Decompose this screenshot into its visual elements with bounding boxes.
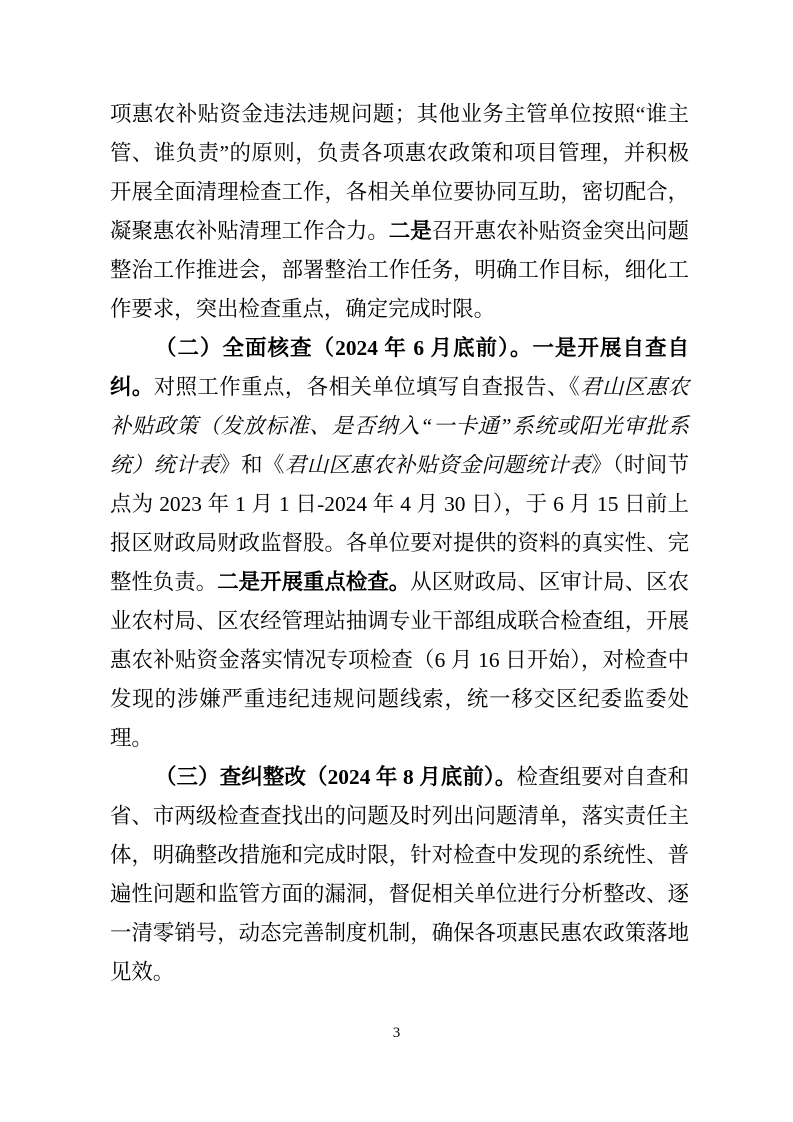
text-run-normal: 》和《 [219, 453, 285, 477]
document-page: 项惠农补贴资金违法违规问题；其他业务主管单位按照“谁主管、谁负责”的原则，负责各… [0, 0, 793, 1122]
text-run-normal: 从区财政局、区审计局、区农业农村局、区农经管理站抽调专业干部组成联合检查组，开展… [110, 570, 689, 750]
paragraph: （二）全面核查（2024 年 6 月底前）。一是开展自查自纠。对照工作重点，各相… [110, 329, 689, 758]
paragraph: 项惠农补贴资金违法违规问题；其他业务主管单位按照“谁主管、谁负责”的原则，负责各… [110, 95, 689, 329]
text-run-normal: 检查组要对自查和省、市两级检查查找出的问题及时列出问题清单，落实责任主体，明确整… [110, 765, 689, 984]
document-body: 项惠农补贴资金违法违规问题；其他业务主管单位按照“谁主管、谁负责”的原则，负责各… [110, 95, 689, 992]
text-run-normal: 对照工作重点，各相关单位填写自查报告、《 [154, 375, 580, 399]
text-run-bold: 二是开展重点检查。 [217, 570, 410, 594]
page-footer: 3 [0, 1024, 793, 1042]
text-run-italic: 君山区惠农补贴资金问题统计表 [285, 453, 591, 477]
paragraph: （三）查纠整改（2024 年 8 月底前）。检查组要对自查和省、市两级检查查找出… [110, 758, 689, 992]
text-run-bold: （三）查纠整改（2024 年 8 月底前）。 [155, 765, 517, 789]
text-run-bold: 二是 [389, 219, 432, 243]
page-number: 3 [393, 1025, 401, 1041]
